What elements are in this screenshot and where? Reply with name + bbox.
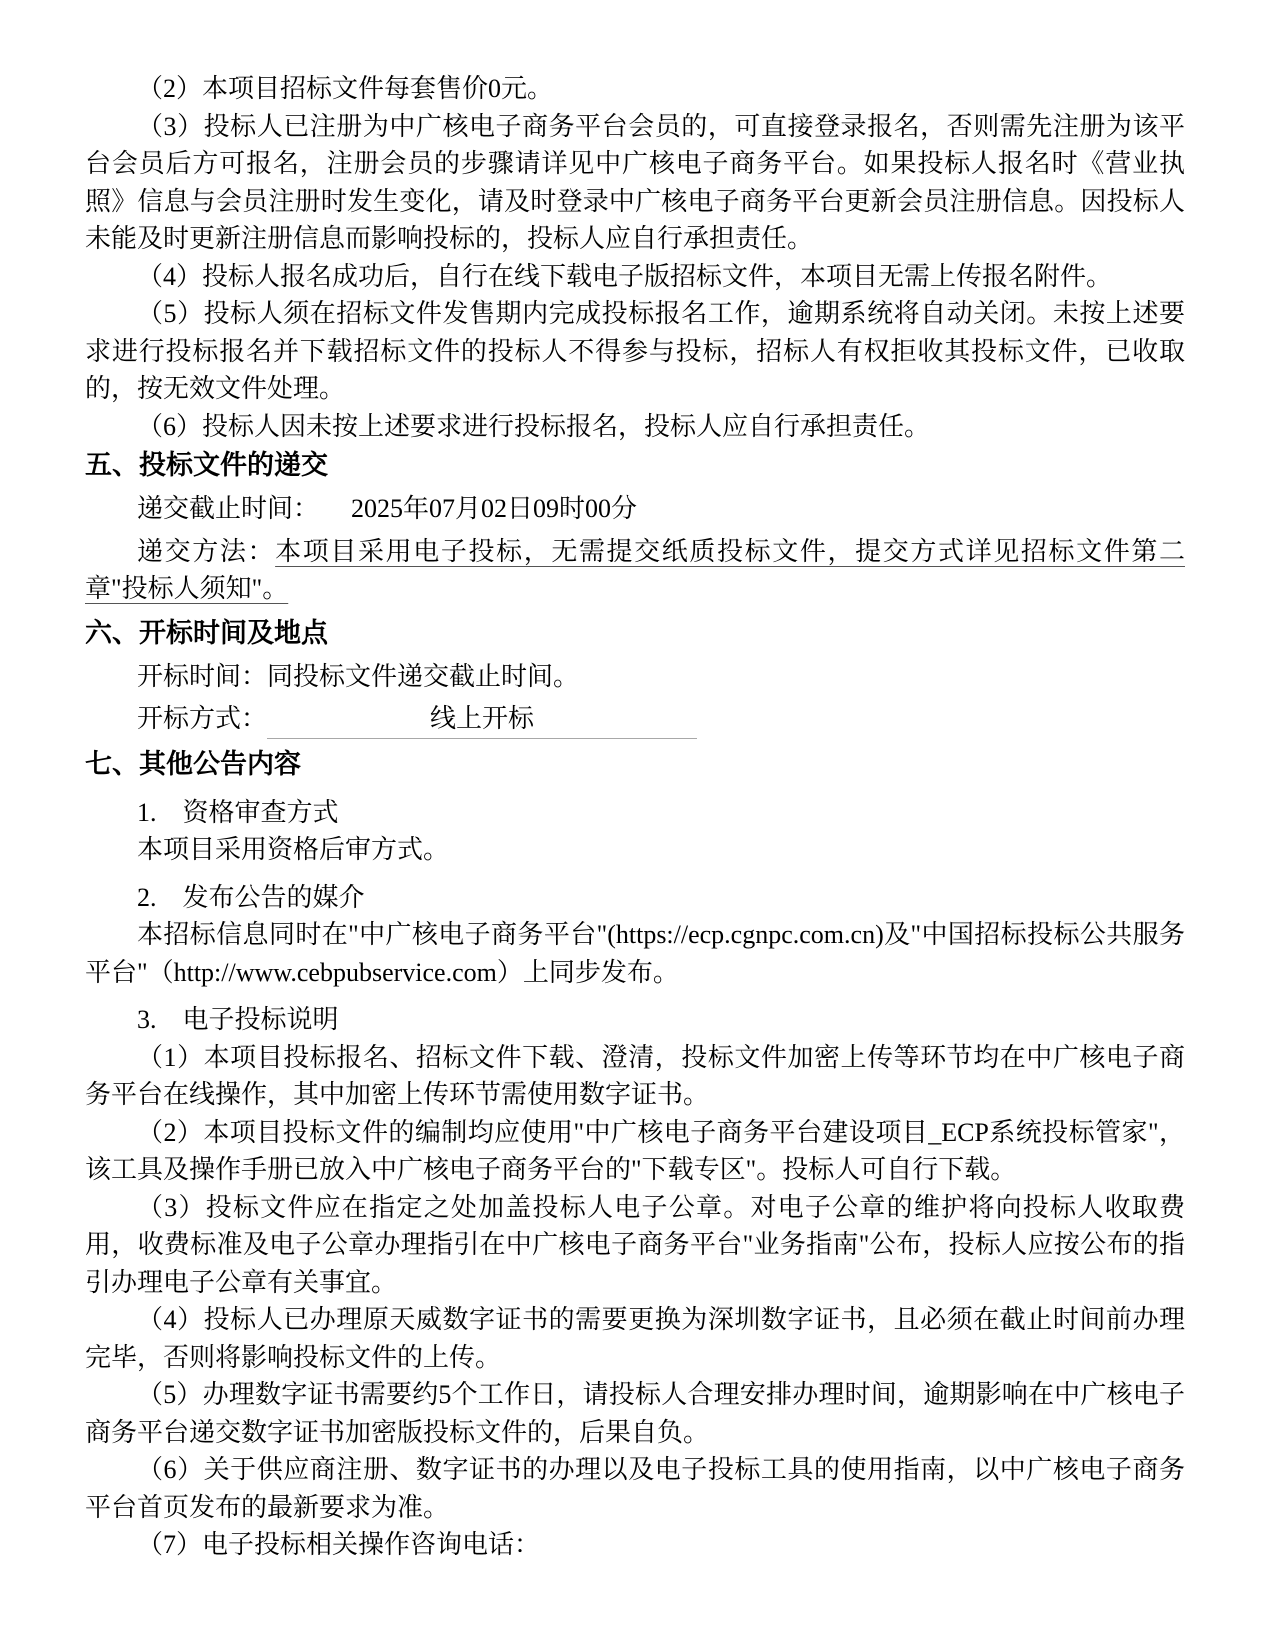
paragraph: （3）投标人已注册为中广核电子商务平台会员的，可直接登录报名，否则需先注册为该平… (85, 108, 1185, 258)
submission-deadline-line: 递交截止时间：2025年07月02日09时00分 (85, 490, 1185, 528)
section-heading-submission: 五、投标文件的递交 (85, 445, 1185, 485)
opening-mode-line: 开标方式：线上开标 (85, 700, 1185, 739)
document-page: （2）本项目招标文件每套售价0元。 （3）投标人已注册为中广核电子商务平台会员的… (0, 0, 1275, 1650)
subsection-title-qualification: 1. 资格审查方式 (85, 794, 1185, 832)
subsection-title-media: 2. 发布公告的媒介 (85, 879, 1185, 917)
section-heading-other: 七、其他公告内容 (85, 744, 1185, 784)
paragraph: （4）投标人已办理原天威数字证书的需要更换为深圳数字证书，且必须在截止时间前办理… (85, 1301, 1185, 1376)
submission-deadline-label: 递交截止时间： (137, 494, 319, 523)
submission-deadline-value: 2025年07月02日09时00分 (351, 494, 637, 523)
paragraph: （2）本项目投标文件的编制均应使用"中广核电子商务平台建设项目_ECP系统投标管… (85, 1114, 1185, 1189)
submission-method-label: 递交方法： (137, 537, 275, 566)
paragraph: （6）关于供应商注册、数字证书的办理以及电子投标工具的使用指南，以中广核电子商务… (85, 1451, 1185, 1526)
paragraph: （7）电子投标相关操作咨询电话： (85, 1526, 1185, 1564)
paragraph: （2）本项目招标文件每套售价0元。 (85, 70, 1185, 108)
subsection-title-ebidding: 3. 电子投标说明 (85, 1001, 1185, 1039)
paragraph: 本项目采用资格后审方式。 (85, 831, 1185, 869)
paragraph: （1）本项目投标报名、招标文件下载、澄清，投标文件加密上传等环节均在中广核电子商… (85, 1039, 1185, 1114)
opening-mode-label: 开标方式： (137, 704, 267, 733)
paragraph: （5）投标人须在招标文件发售期内完成投标报名工作，逾期系统将自动关闭。未按上述要… (85, 295, 1185, 408)
opening-mode-blank: 线上开标 (267, 700, 697, 739)
paragraph: （4）投标人报名成功后，自行在线下载电子版招标文件，本项目无需上传报名附件。 (85, 258, 1185, 296)
paragraph: （3）投标文件应在指定之处加盖投标人电子公章。对电子公章的维护将向投标人收取费用… (85, 1189, 1185, 1302)
section-heading-opening: 六、开标时间及地点 (85, 613, 1185, 653)
submission-method-line: 递交方法：本项目采用电子投标，无需提交纸质投标文件，提交方式详见招标文件第二章"… (85, 533, 1185, 608)
paragraph: （6）投标人因未按上述要求进行投标报名，投标人应自行承担责任。 (85, 408, 1185, 446)
paragraph: 本招标信息同时在"中广核电子商务平台"(https://ecp.cgnpc.co… (85, 916, 1185, 991)
opening-time-value: 同投标文件递交截止时间。 (267, 662, 579, 691)
opening-time-line: 开标时间：同投标文件递交截止时间。 (85, 658, 1185, 696)
opening-time-label: 开标时间： (137, 662, 267, 691)
opening-mode-value: 线上开标 (430, 704, 534, 733)
paragraph: （5）办理数字证书需要约5个工作日，请投标人合理安排办理时间，逾期影响在中广核电… (85, 1376, 1185, 1451)
